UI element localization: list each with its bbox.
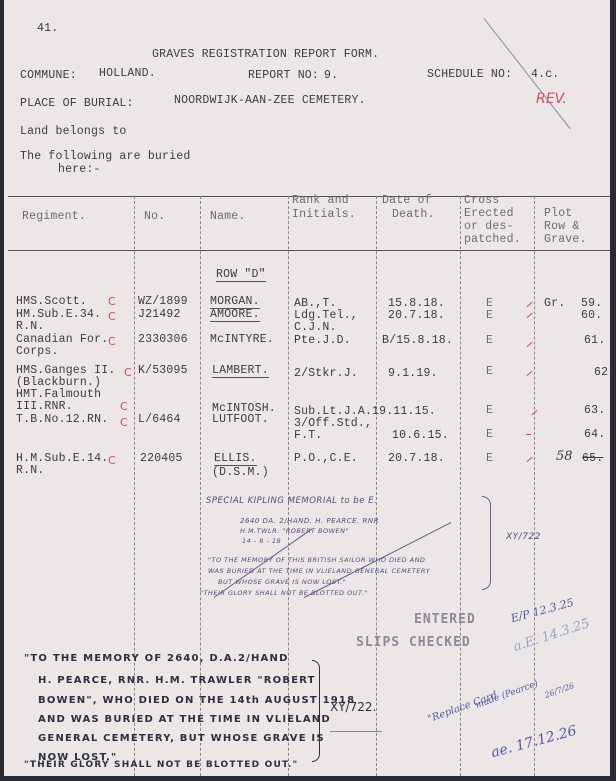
cross-cell: E bbox=[486, 309, 493, 322]
no-cell: WZ/1899 bbox=[138, 295, 188, 308]
replace-note: "Replace Card bbox=[426, 690, 498, 725]
col-divider bbox=[134, 196, 135, 776]
col-divider bbox=[288, 196, 289, 776]
grave-cell: 62. bbox=[594, 366, 615, 379]
col-divider bbox=[460, 196, 461, 776]
date-cell: 19.11.15. bbox=[372, 405, 436, 418]
commune-value: HOLLAND. bbox=[99, 67, 156, 80]
replace-note-3: 26/7/26 bbox=[543, 681, 575, 700]
inscription-line: GENERAL CEMETERY, BUT WHOSE GRAVE IS bbox=[38, 733, 325, 744]
no-cell: 220405 bbox=[140, 452, 183, 465]
cross-cell: E bbox=[486, 365, 493, 378]
commune-label: COMMUNE: bbox=[20, 69, 77, 82]
no-cell: J21492 bbox=[138, 308, 181, 321]
cross-cell: E bbox=[486, 452, 493, 465]
name-cell: LUTFOOT. bbox=[212, 413, 269, 426]
header-cross-3: or des- bbox=[464, 220, 514, 233]
check-mark: C bbox=[120, 416, 128, 429]
grave-cell: 60. bbox=[581, 309, 602, 322]
memorial-line: WAS BURIED AT THE TIME IN VLIELAND GENER… bbox=[208, 567, 430, 575]
header-cross-4: patched. bbox=[464, 233, 521, 246]
header-rank-1: Rank and bbox=[292, 194, 349, 207]
date-cell: 20.7.18. bbox=[388, 309, 445, 322]
ink-brace bbox=[312, 660, 320, 762]
header-no: No. bbox=[144, 210, 165, 223]
rank-cell-2: F.T. bbox=[294, 429, 322, 442]
header-regiment: Regiment. bbox=[22, 210, 86, 223]
header-date-1: Date of bbox=[382, 194, 432, 207]
header-date-2: Death. bbox=[392, 208, 435, 221]
no-cell: L/6464 bbox=[138, 413, 181, 426]
header-cross-2: Erected bbox=[464, 207, 514, 220]
col-divider bbox=[200, 196, 201, 776]
inscription-ref: XY/722. bbox=[330, 700, 376, 714]
regiment-cell-2: III.RNR. bbox=[16, 400, 73, 413]
entered-stamp: ENTERED bbox=[414, 612, 476, 627]
initials-date: E/P 12.3.25 bbox=[509, 596, 575, 625]
header-plot-3: Grave. bbox=[544, 233, 587, 246]
grave-cell: 61. bbox=[584, 334, 605, 347]
regiment-cell-2: Corps. bbox=[16, 345, 59, 358]
page-number: 41. bbox=[37, 22, 58, 35]
report-value: 9. bbox=[324, 69, 338, 82]
buried-label: The following are buried bbox=[20, 150, 190, 163]
buried-label-2: here:- bbox=[58, 163, 101, 176]
header-rank-2: Initials. bbox=[292, 208, 356, 221]
table-header-rule bbox=[8, 250, 610, 251]
grave-cell: 63. bbox=[584, 404, 605, 417]
row-group-label: ROW "D" bbox=[216, 268, 266, 282]
no-cell: K/53095 bbox=[138, 364, 188, 377]
red-tick-icon bbox=[526, 371, 532, 376]
red-tick-icon bbox=[526, 302, 532, 307]
memorial-line: 14 - 8 - 18 bbox=[242, 537, 281, 545]
grave-cell: 65. bbox=[582, 452, 603, 465]
date-cell: 9.1.19. bbox=[388, 367, 438, 380]
name-cell: LAMBERT. bbox=[212, 364, 269, 378]
header-plot-2: Row & bbox=[544, 220, 580, 233]
regiment-cell: T.B.No.12.RN. bbox=[16, 413, 108, 426]
ref-underline bbox=[330, 731, 382, 732]
header-plot-1: Plot bbox=[544, 207, 572, 220]
rank-cell: P.O.,C.E. bbox=[294, 452, 358, 465]
rank-cell: Pte.J.D. bbox=[294, 334, 351, 347]
date-cell: 20.7.18. bbox=[388, 452, 445, 465]
regiment-cell-2: R.N. bbox=[16, 320, 44, 333]
header-cross-1: Cross bbox=[464, 194, 500, 207]
memorial-line: "TO THE MEMORY OF THIS BRITISH SAILOR WH… bbox=[208, 556, 425, 564]
place-value: NOORDWIJK-AAN-ZEE CEMETERY. bbox=[174, 94, 366, 107]
place-label: PLACE OF BURIAL: bbox=[20, 97, 134, 110]
col-divider bbox=[376, 196, 377, 776]
date-cell: 10.6.15. bbox=[392, 429, 449, 442]
header-name: Name. bbox=[210, 210, 246, 223]
no-cell: 2330306 bbox=[138, 333, 188, 346]
red-tick-icon bbox=[526, 342, 532, 347]
check-mark: C bbox=[120, 400, 128, 413]
inscription-line: H. PEARCE, RNR. H.M. TRAWLER "ROBERT bbox=[38, 675, 316, 686]
schedule-value: 4.c. bbox=[531, 68, 559, 81]
check-mark: C bbox=[108, 335, 116, 348]
name-cell: ELLIS. bbox=[214, 452, 257, 466]
form-title: GRAVES REGISTRATION REPORT FORM. bbox=[152, 48, 379, 61]
cross-cell: E bbox=[486, 334, 493, 347]
name-cell-2: (D.S.M.) bbox=[212, 466, 269, 479]
cross-cell: E bbox=[486, 404, 493, 417]
name-cell: AMOORE. bbox=[210, 308, 260, 322]
inscription-line: "THEIR GLORY SHALL NOT BE BLOTTED OUT." bbox=[24, 760, 298, 770]
memorial-line: 2640 DA. 2/HAND. H. PEARCE. RNR bbox=[240, 517, 379, 525]
grave-corrected: 58 bbox=[556, 449, 573, 464]
graves-registration-form: 41. GRAVES REGISTRATION REPORT FORM. COM… bbox=[4, 0, 610, 776]
date-cell: B/15.8.18. bbox=[382, 334, 453, 347]
grave-cell: 64. bbox=[584, 428, 605, 441]
red-dash-icon bbox=[526, 434, 531, 435]
memorial-line: H.M.TWLR. "ROBERT BOWEN" bbox=[240, 527, 349, 535]
slips-checked-stamp: SLIPS CHECKED bbox=[356, 635, 471, 650]
inscription-line: AND WAS BURIED AT THE TIME IN VLIELAND bbox=[38, 714, 331, 725]
check-mark: C bbox=[108, 454, 116, 467]
rank-cell-2: C.J.N. bbox=[294, 321, 337, 334]
plot-prefix: Gr. bbox=[544, 297, 565, 310]
regiment-cell: HMS.Scott. bbox=[16, 295, 87, 308]
inscription-line: BOWEN", WHO DIED ON THE 14th AUGUST 1918 bbox=[38, 695, 355, 706]
inscription-line: "TO THE MEMORY OF 2640, D.A.2/HAND bbox=[24, 653, 289, 664]
schedule-label: SCHEDULE NO: bbox=[427, 68, 512, 81]
report-label: REPORT NO: bbox=[248, 69, 319, 82]
red-tick-icon bbox=[526, 313, 532, 318]
name-cell: McINTYRE. bbox=[210, 333, 274, 346]
rank-cell: 2/Stkr.J. bbox=[294, 367, 358, 380]
regiment-cell-2: R.N. bbox=[16, 464, 44, 477]
check-mark: C bbox=[124, 366, 132, 379]
name-cell: MORGAN. bbox=[210, 295, 260, 309]
check-mark: C bbox=[108, 295, 116, 308]
memorial-line: SPECIAL KIPLING MEMORIAL to be E. bbox=[206, 496, 377, 506]
land-label: Land belongs to bbox=[20, 125, 127, 138]
cross-cell: E bbox=[486, 428, 493, 441]
pencil-brace bbox=[482, 496, 491, 590]
check-mark: C bbox=[108, 310, 116, 323]
red-tick-icon bbox=[526, 457, 532, 462]
memorial-ref: XY/722 bbox=[506, 532, 541, 542]
